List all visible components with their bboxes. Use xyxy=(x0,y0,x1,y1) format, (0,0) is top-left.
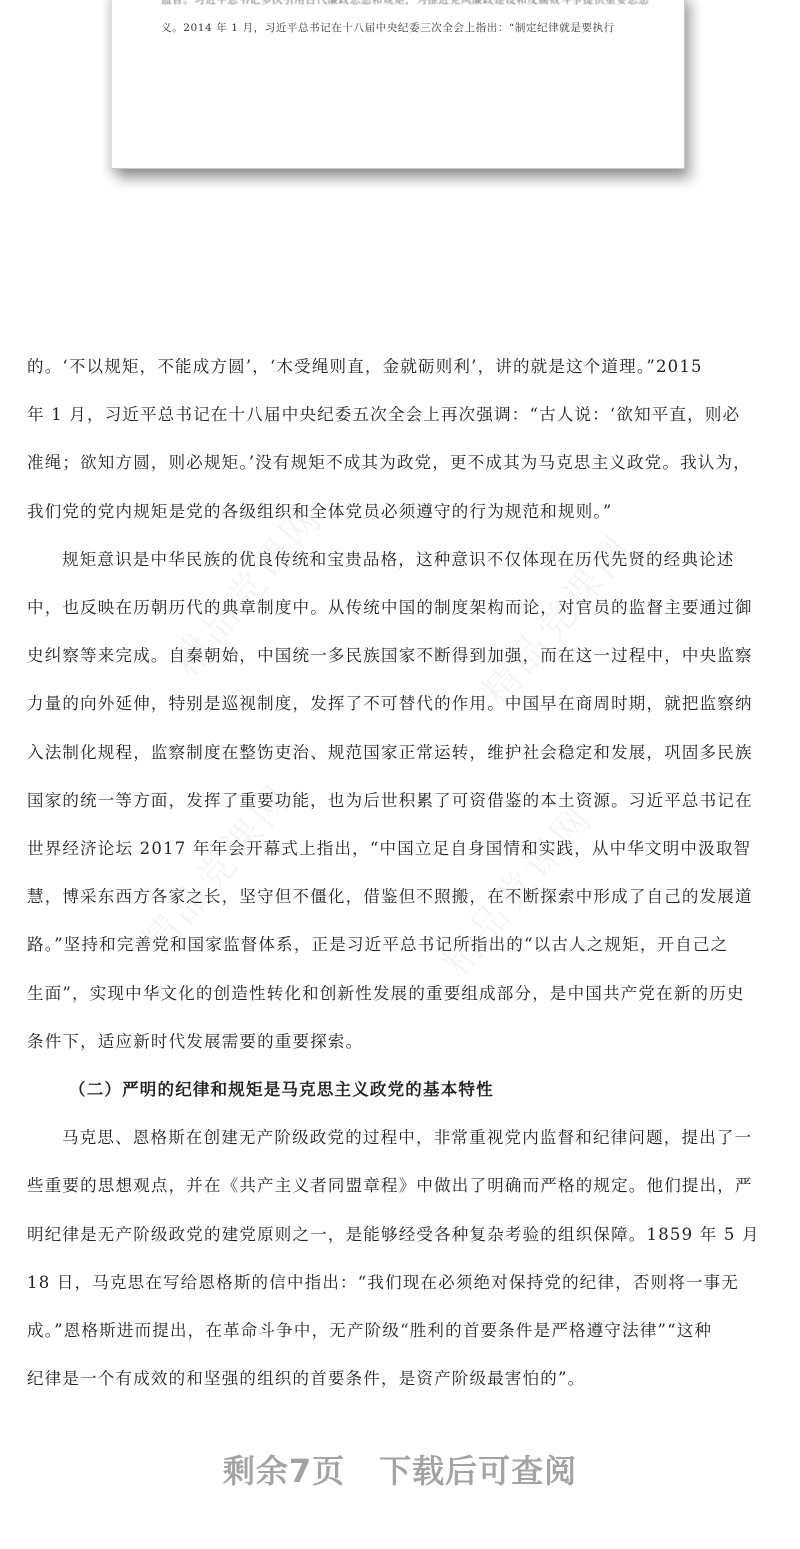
text-line: 入法制化规程，监察制度在整饬吏治、规范国家正常运转，维护社会稳定和发展，巩固多民… xyxy=(27,729,773,777)
text-line: 生面”，实现中华文化的创造性转化和创新性发展的重要组成部分，是中国共产党在新的历… xyxy=(27,970,773,1018)
text-line: 世界经济论坛 2017 年年会开幕式上指出，“中国立足自身国情和实践，从中华文明… xyxy=(27,825,773,873)
paragraph-3: 马克思、恩格斯在创建无产阶级政党的过程中，非常重视党内监督和纪律问题，提出了一 … xyxy=(27,1114,773,1403)
text-line: 规矩意识是中华民族的优良传统和宝贵品格，这种意识不仅体现在历代先贤的经典论述 xyxy=(27,536,773,584)
text-line: 年 1 月，习近平总书记在十八届中央纪委五次全会上再次强调：“古人说：‘欲知平直… xyxy=(27,391,773,439)
text-line: 中，也反映在历朝历代的典章制度中。从传统中国的制度架构而论，对官员的监督主要通过… xyxy=(27,584,773,632)
text-line: 些重要的思想观点，并在《共产主义者同盟章程》中做出了明确而严格的规定。他们提出，… xyxy=(27,1162,773,1210)
paragraph-1: 的。‘不以规矩，不能成方圆’，‘木受绳则直，金就砺则利’，讲的就是这个道理。”2… xyxy=(27,343,773,536)
paragraph-2: 规矩意识是中华民族的优良传统和宝贵品格，这种意识不仅体现在历代先贤的经典论述 中… xyxy=(27,536,773,1066)
text-line: 路。”坚持和完善党和国家监督体系，正是习近平总书记所指出的“以古人之规矩，开自己… xyxy=(27,921,773,969)
text-line: 我们党的党内规矩是党的各级组织和全体党员必须遵守的行为规范和规则。” xyxy=(27,488,773,536)
previous-page-preview: 监督。习近平总书记多次引用古代廉政思想和规矩，为推进党风廉政建设和反腐败斗争提供… xyxy=(111,0,685,169)
text-line: 条件下，适应新时代发展需要的重要探索。 xyxy=(27,1018,773,1066)
document-body: 的。‘不以规矩，不能成方圆’，‘木受绳则直，金就砺则利’，讲的就是这个道理。”2… xyxy=(27,343,773,1403)
text-line: 成。”恩格斯进而提出，在革命斗争中，无产阶级“胜利的首要条件是严格遵守法律”“这… xyxy=(27,1307,773,1355)
preview-line-cut: 监督。习近平总书记多次引用古代廉政思想和规矩，为推进党风廉政建设和反腐败斗争提供… xyxy=(161,0,649,7)
text-line: 的。‘不以规矩，不能成方圆’，‘木受绳则直，金就砺则利’，讲的就是这个道理。”2… xyxy=(27,343,773,391)
preview-line: 义。2014 年 1 月，习近平总书记在十八届中央纪委三次全会上指出：“制定纪律… xyxy=(161,20,615,35)
section-heading: （二）严明的纪律和规矩是马克思主义政党的基本特性 xyxy=(27,1066,773,1114)
download-hint-label: 下载后可查阅 xyxy=(379,1452,577,1490)
text-line: 18 日，马克思在写给恩格斯的信中指出：“我们现在必须绝对保持党的纪律，否则将一… xyxy=(27,1259,773,1307)
remaining-pages-label: 剩余7页 xyxy=(223,1452,345,1490)
text-line: 明纪律是无产阶级政党的建党原则之一，是能够经受各种复杂考验的组织保障。1859 … xyxy=(27,1211,773,1259)
text-line: 史纠察等来完成。自秦朝始，中国统一多民族国家不断得到加强，而在这一过程中，中央监… xyxy=(27,632,773,680)
text-line: 力量的向外延伸，特别是巡视制度，发挥了不可替代的作用。中国早在商周时期，就把监察… xyxy=(27,680,773,728)
text-line: 准绳；欲知方圆，则必规矩。’没有规矩不成其为政党，更不成其为马克思主义政党。我认… xyxy=(27,439,773,487)
text-line: 纪律是一个有成效的和坚强的组织的首要条件，是资产阶级最害怕的”。 xyxy=(27,1355,773,1403)
text-line: 国家的统一等方面，发挥了重要功能，也为后世积累了可资借鉴的本土资源。习近平总书记… xyxy=(27,777,773,825)
text-line: 慧，博采东西方各家之长，坚守但不僵化，借鉴但不照搬，在不断探索中形成了自己的发展… xyxy=(27,873,773,921)
text-line: 马克思、恩格斯在创建无产阶级政党的过程中，非常重视党内监督和纪律问题，提出了一 xyxy=(27,1114,773,1162)
remaining-pages-prompt[interactable]: 剩余7页下载后可查阅 xyxy=(0,1446,800,1492)
